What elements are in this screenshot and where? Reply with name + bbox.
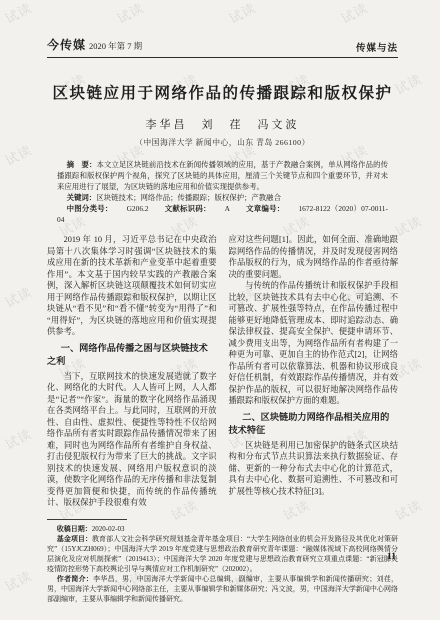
article-paragraph: 2019 年 10 月，习近平总书记在中央政治局第十八次集体学习时强调“区块链技… [47, 234, 217, 338]
keywords-label: 关键词： [67, 193, 97, 202]
page-content: 今传媒2020 年第 7 期 传媒与法 区块链应用于网络作品的传播跟踪和版权保护… [47, 36, 398, 604]
article-no-label: 文章编号： [246, 204, 284, 213]
doc-code-label: 文献标识码： [165, 204, 211, 213]
keywords-line: 关键词：区块链技术；网络作品；传播跟踪；版权保护；产教融合 [57, 192, 388, 203]
watermark-text: 试读 [1, 566, 35, 596]
doc-code-value: A [225, 204, 230, 213]
authors-line: 李华昌 刘 荏 冯文波 [47, 116, 398, 132]
journal-page: 试读试读试读试读试读试读试读试读试读试读试读试读试读试读试读试读试读试读试读试读… [0, 0, 440, 620]
abstract-text: 本文立足区块链前沿技术在新闻传播领域的应用，基于产教融合案例，单从网络作品的传播… [57, 160, 388, 191]
clc-item: 中图分类号：G206.2 [67, 204, 149, 213]
abstract-label: 摘 要： [67, 160, 97, 169]
section-heading-2: 二、区块链助力网络作品相关应用的技术特征 [229, 411, 399, 437]
fund-project-label: 基金项目： [57, 535, 92, 543]
received-date-line: 收稿日期：2020-02-03 [47, 524, 398, 534]
article-paragraph: 与传统的作品传播统计和版权保护手段相比较，区块链技术具有去中心化、可追溯、不可篡… [229, 280, 399, 407]
watermark-text: 试读 [1, 282, 35, 312]
affiliation-line: （中国海洋大学 新闻中心，山东 青岛 266100） [47, 137, 398, 148]
journal-name: 今传媒2020 年第 7 期 [47, 36, 142, 54]
left-column: 2019 年 10 月，习近平总书记在中央政治局第十八次集体学习时强调“区块链技… [47, 234, 217, 509]
received-date-value: 2020-02-03 [92, 525, 125, 533]
doc-code-item: 文献标识码：A [165, 204, 230, 213]
body-columns: 2019 年 10 月，习近平总书记在中央政治局第十八次集体学习时强调“区块链技… [47, 234, 398, 509]
right-column: 应对这些问题[1]。因此，如何全面、准确地跟踪网络作品的传播情况，并及时发现侵害… [229, 234, 399, 509]
watermark-text: 试读 [113, 0, 147, 27]
watermark-text: 试读 [225, 0, 259, 27]
running-header: 今传媒2020 年第 7 期 传媒与法 [47, 36, 398, 58]
footnote-divider [47, 519, 127, 520]
article-paragraph: 区块链是利用已加密保护的链条式区块结构和分布式节点共识算法来执行数据验证、存储、… [229, 440, 399, 498]
fund-project-line: 基金项目：教育部人文社会科学研究规划基金青年基金项目：“大学生网络创业的机会开发… [47, 534, 398, 574]
section-label: 传媒与法 [356, 40, 398, 54]
section-heading-1: 一、网络作品传播之困与区块链技术之利 [47, 342, 217, 368]
keywords-text: 区块链技术；网络作品；传播跟踪；版权保护；产教融合 [96, 193, 281, 202]
classification-line: 中图分类号：G206.2 文献标识码：A 文章编号：1672-8122（2020… [57, 203, 388, 225]
journal-title: 今传媒 [47, 38, 86, 52]
watermark-text: 试读 [1, 424, 35, 454]
watermark-text: 试读 [337, 0, 371, 27]
author-bio-line: 作者简介：李华昌，男，中国海洋大学新闻中心总编辑，副编审，主要从事编辑学和新闻传… [47, 574, 398, 604]
footnote-block: 收稿日期：2020-02-03 基金项目：教育部人文社会科学研究规划基金青年基金… [47, 519, 398, 604]
watermark-text: 试读 [1, 140, 35, 170]
author-bio-text: 李华昌，男，中国海洋大学新闻中心总编辑，副编审，主要从事编辑学和新闻传播研究；刘… [47, 575, 398, 603]
fund-project-text: 教育部人文社会科学研究规划基金青年基金项目：“大学生网络创业的机会开发路径及其优… [47, 535, 398, 573]
abstract-block: 摘 要：本文立足区块链前沿技术在新闻传播领域的应用，基于产教融合案例，单从网络作… [47, 159, 398, 225]
abstract-paragraph: 摘 要：本文立足区块链前沿技术在新闻传播领域的应用，基于产教融合案例，单从网络作… [57, 159, 388, 192]
article-paragraph: 应对这些问题[1]。因此，如何全面、准确地跟踪网络作品的传播情况，并及时发现侵害… [229, 234, 399, 280]
article-paragraph: 当下，互联网技术的快速发展造就了数字化、网络化的大时代。人人皆可上网，人人都是“… [47, 371, 217, 509]
author-bio-label: 作者简介： [57, 575, 93, 583]
clc-label: 中图分类号： [67, 204, 113, 213]
clc-value: G206.2 [127, 204, 149, 213]
watermark-text: 试读 [1, 0, 35, 27]
article-title: 区块链应用于网络作品的传播跟踪和版权保护 [47, 81, 398, 103]
page-number: 11 [387, 552, 396, 562]
journal-issue: 2020 年第 7 期 [89, 41, 142, 51]
received-date-label: 收稿日期： [57, 525, 92, 533]
